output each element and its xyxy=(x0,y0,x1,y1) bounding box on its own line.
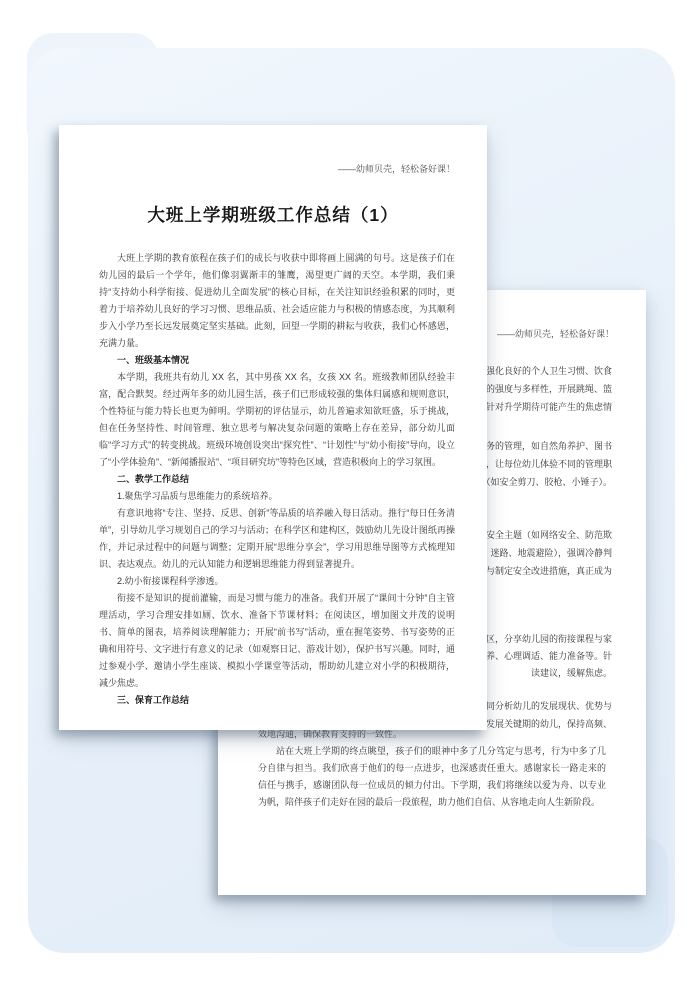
section-heading: 三、保育工作总结 xyxy=(99,692,455,709)
closing-paragraph: 站在大班上学期的终点眺望，孩子们的眼神中多了几分笃定与思考，行为中多了几分自律与… xyxy=(258,743,606,811)
page-tagline: ——幼师贝壳，轻松备好课！ xyxy=(338,162,455,175)
section-heading: 二、教学工作总结 xyxy=(99,471,455,488)
paragraph: 本学期，我班共有幼儿 XX 名，其中男孩 XX 名，女孩 XX 名。班级教师团队… xyxy=(99,369,455,471)
text-fragment: ，让每位幼儿体验不同的管理职 xyxy=(486,456,612,473)
page-1-body: 大班上学期的教育旅程在孩子们的成长与收获中即将画上圆满的句号。这是孩子们在幼儿园… xyxy=(99,250,455,709)
text-fragment: 的强度与多样性，开展跳绳、篮 xyxy=(486,381,612,398)
text-fragment: 与制定安全改进措施，真正成为 xyxy=(486,563,612,580)
text-fragment: 区，分享幼儿园的衔接课程与家 xyxy=(486,631,612,648)
document-page-1: ——幼师贝壳，轻松备好课！ 大班上学期班级工作总结（1） 大班上学期的教育旅程在… xyxy=(59,125,487,730)
document-title: 大班上学期班级工作总结（1） xyxy=(59,202,487,227)
page-tagline: ——幼师贝壳，轻松备好课！ xyxy=(497,327,614,340)
text-fragment: 同分析幼儿的发展现状、优势与 xyxy=(486,698,612,715)
paragraph: 1.聚焦学习品质与思维能力的系统培养。 xyxy=(99,488,455,505)
text-fragment: 读建议，缓解焦虑。 xyxy=(531,665,612,682)
text-fragment: 迷路、地震避险），强调冷静判 xyxy=(490,545,612,562)
text-fragment: 针对升学期待可能产生的焦虑情 xyxy=(486,399,612,416)
text-fragment: 强化良好的个人卫生习惯、饮食 xyxy=(486,363,612,380)
text-fragment: （如安全剪刀、胶枪、小锤子）。 xyxy=(481,474,612,491)
paragraph: 有意识地将“专注、坚持、反思、创新”等品质的培养融入每日活动。推行“每日任务清单… xyxy=(99,505,455,573)
paragraph: 2.幼小衔接课程科学渗透。 xyxy=(99,573,455,590)
section-heading: 一、班级基本情况 xyxy=(99,352,455,369)
text-fragment: 务的管理，如自然角养护、图书 xyxy=(486,438,612,455)
text-fragment: 养、心理调适、能力准备等。针 xyxy=(486,648,612,665)
page-2-bottom-text: 效地沟通，确保教育支持的一致性。 站在大班上学期的终点眺望，孩子们的眼神中多了几… xyxy=(258,726,606,811)
paragraph: 大班上学期的教育旅程在孩子们的成长与收获中即将画上圆满的句号。这是孩子们在幼儿园… xyxy=(99,250,455,352)
text-fragment: 安全主题（如网络安全、防范欺 xyxy=(486,527,612,544)
paragraph: 衔接不是知识的提前灌输，而是习惯与能力的准备。我们开展了“课间十分钟”自主管理活… xyxy=(99,590,455,692)
